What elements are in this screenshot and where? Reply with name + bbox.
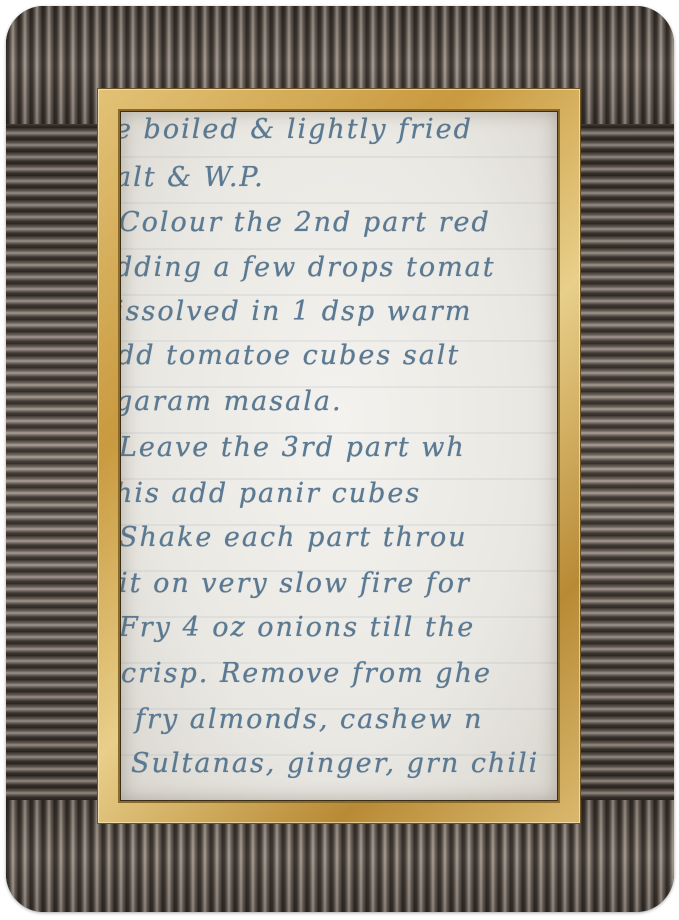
handwriting-line: dd tomatoe cubes salt: [121, 340, 460, 371]
handwriting-line: alt & W.P.: [121, 162, 265, 193]
handwriting-line: it on very slow fire for: [121, 568, 471, 599]
recipe-page: e boiled & lightly fried alt & W.P. Colo…: [121, 112, 557, 800]
handwriting-line: Leave the 3rd part wh: [121, 432, 466, 463]
handwriting-line: garam masala.: [121, 386, 343, 417]
bezel-inner-edge: e boiled & lightly fried alt & W.P. Colo…: [120, 111, 558, 801]
handwriting-line: Shake each part throu: [121, 522, 468, 553]
handwriting-line: Fry 4 oz onions till the: [121, 612, 475, 643]
handwriting-line: Sultanas, ginger, grn chili: [131, 748, 539, 779]
handwriting-line: dding a few drops tomat: [121, 252, 496, 283]
frame-right-stile: [578, 124, 674, 800]
gold-bezel: e boiled & lightly fried alt & W.P. Colo…: [98, 89, 580, 823]
frame-left-stile: [6, 124, 102, 800]
handwriting-line: crisp. Remove from ghe: [121, 658, 492, 689]
handwriting-line: his add panir cubes: [121, 478, 421, 509]
handwriting-line: issolved in 1 dsp warm: [121, 296, 472, 327]
handwriting-line: Colour the 2nd part red: [121, 207, 491, 238]
handwriting-line: e boiled & lightly fried: [121, 114, 473, 145]
handwriting-line: fry almonds, cashew n: [135, 704, 484, 735]
